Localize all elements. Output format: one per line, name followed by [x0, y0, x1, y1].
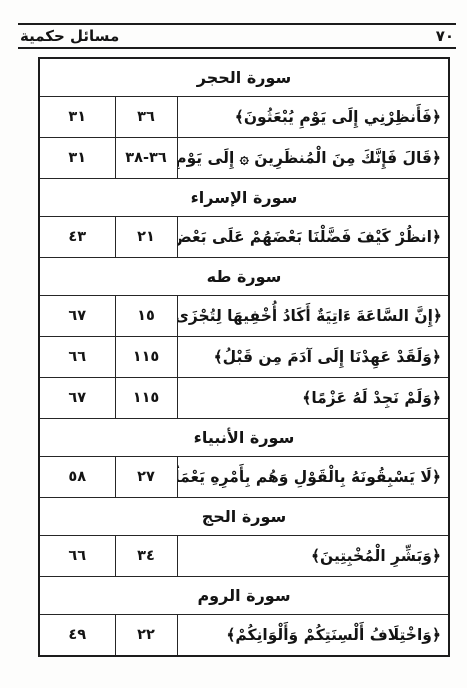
- page-reference: ٤٩: [39, 615, 115, 657]
- surah-header-row: سورة الحجر: [39, 58, 449, 97]
- ayah-number: ٣٦: [115, 97, 177, 138]
- ayah-number: ١١٥: [115, 337, 177, 378]
- verse-index-table: سورة الحجر ﴿فَأَنظِرْنِي إِلَى يَوْمِ يُ…: [38, 57, 450, 657]
- verse-row: ﴿فَأَنظِرْنِي إِلَى يَوْمِ يُبْعَثُونَ﴾ …: [39, 97, 449, 138]
- ayah-number: ٣٤: [115, 536, 177, 577]
- surah-header-row: سورة طه: [39, 258, 449, 296]
- surah-header-row: سورة الروم: [39, 577, 449, 615]
- verse-row: ﴿وَاخْتِلَافُ أَلْسِنَتِكُمْ وَأَلْوَانِ…: [39, 615, 449, 657]
- surah-header-row: سورة الإسراء: [39, 179, 449, 217]
- verse-text: ﴿وَبَشِّرِ الْمُخْبِتِينَ﴾: [177, 536, 449, 577]
- verse-text: ﴿إِنَّ السَّاعَةَ ءَاتِيَةٌ أَكَادُ أُخْ…: [177, 296, 449, 337]
- surah-header-row: سورة الحج: [39, 498, 449, 536]
- page-reference: ٣١: [39, 138, 115, 179]
- surah-title: سورة الأنبياء: [39, 419, 449, 457]
- page-reference: ٦٧: [39, 378, 115, 419]
- verse-row: ﴿وَلَقَدْ عَهِدْنَا إِلَى آدَمَ مِن قَبْ…: [39, 337, 449, 378]
- verse-row: ﴿وَلَمْ نَجِدْ لَهُ عَزْمًا﴾ ١١٥ ٦٧: [39, 378, 449, 419]
- verse-row: ﴿انظُرْ كَيْفَ فَضَّلْنَا بَعْضَهُمْ عَل…: [39, 217, 449, 258]
- surah-title: سورة الحجر: [39, 58, 449, 97]
- verse-text: ﴿وَلَمْ نَجِدْ لَهُ عَزْمًا﴾: [177, 378, 449, 419]
- running-header: ٧٠ مسائل حكمية: [18, 23, 456, 49]
- verse-row: ﴿وَبَشِّرِ الْمُخْبِتِينَ﴾ ٣٤ ٦٦: [39, 536, 449, 577]
- surah-title: سورة الإسراء: [39, 179, 449, 217]
- surah-header-row: سورة الأنبياء: [39, 419, 449, 457]
- verse-text: ﴿انظُرْ كَيْفَ فَضَّلْنَا بَعْضَهُمْ عَل…: [177, 217, 449, 258]
- page-reference: ٤٣: [39, 217, 115, 258]
- ayah-number: ١١٥: [115, 378, 177, 419]
- verse-row: ﴿قَالَ فَإِنَّكَ مِنَ الْمُنظَرِينَ ۞ إِ…: [39, 138, 449, 179]
- page-reference: ٦٧: [39, 296, 115, 337]
- ayah-number: ٣٦-٣٨: [115, 138, 177, 179]
- ayah-number: ١٥: [115, 296, 177, 337]
- verse-text: ﴿فَأَنظِرْنِي إِلَى يَوْمِ يُبْعَثُونَ﴾: [177, 97, 449, 138]
- ayah-number: ٢٧: [115, 457, 177, 498]
- page-reference: ٥٨: [39, 457, 115, 498]
- verse-text: ﴿لَا يَسْبِقُونَهُ بِالْقَوْلِ وَهُم بِأ…: [177, 457, 449, 498]
- page-reference: ٦٦: [39, 337, 115, 378]
- verse-text: ﴿قَالَ فَإِنَّكَ مِنَ الْمُنظَرِينَ ۞ إِ…: [177, 138, 449, 179]
- verse-text: ﴿وَلَقَدْ عَهِدْنَا إِلَى آدَمَ مِن قَبْ…: [177, 337, 449, 378]
- ayah-number: ٢٢: [115, 615, 177, 657]
- surah-title: سورة طه: [39, 258, 449, 296]
- book-title: مسائل حكمية: [20, 27, 119, 45]
- verse-row: ﴿لَا يَسْبِقُونَهُ بِالْقَوْلِ وَهُم بِأ…: [39, 457, 449, 498]
- verse-row: ﴿إِنَّ السَّاعَةَ ءَاتِيَةٌ أَكَادُ أُخْ…: [39, 296, 449, 337]
- page-reference: ٣١: [39, 97, 115, 138]
- page-reference: ٦٦: [39, 536, 115, 577]
- surah-title: سورة الروم: [39, 577, 449, 615]
- verse-text: ﴿وَاخْتِلَافُ أَلْسِنَتِكُمْ وَأَلْوَانِ…: [177, 615, 449, 657]
- page-number: ٧٠: [436, 27, 454, 45]
- surah-title: سورة الحج: [39, 498, 449, 536]
- scanned-book-page: { "colors": { "ink": "#141414", "paper":…: [0, 0, 467, 688]
- ayah-number: ٢١: [115, 217, 177, 258]
